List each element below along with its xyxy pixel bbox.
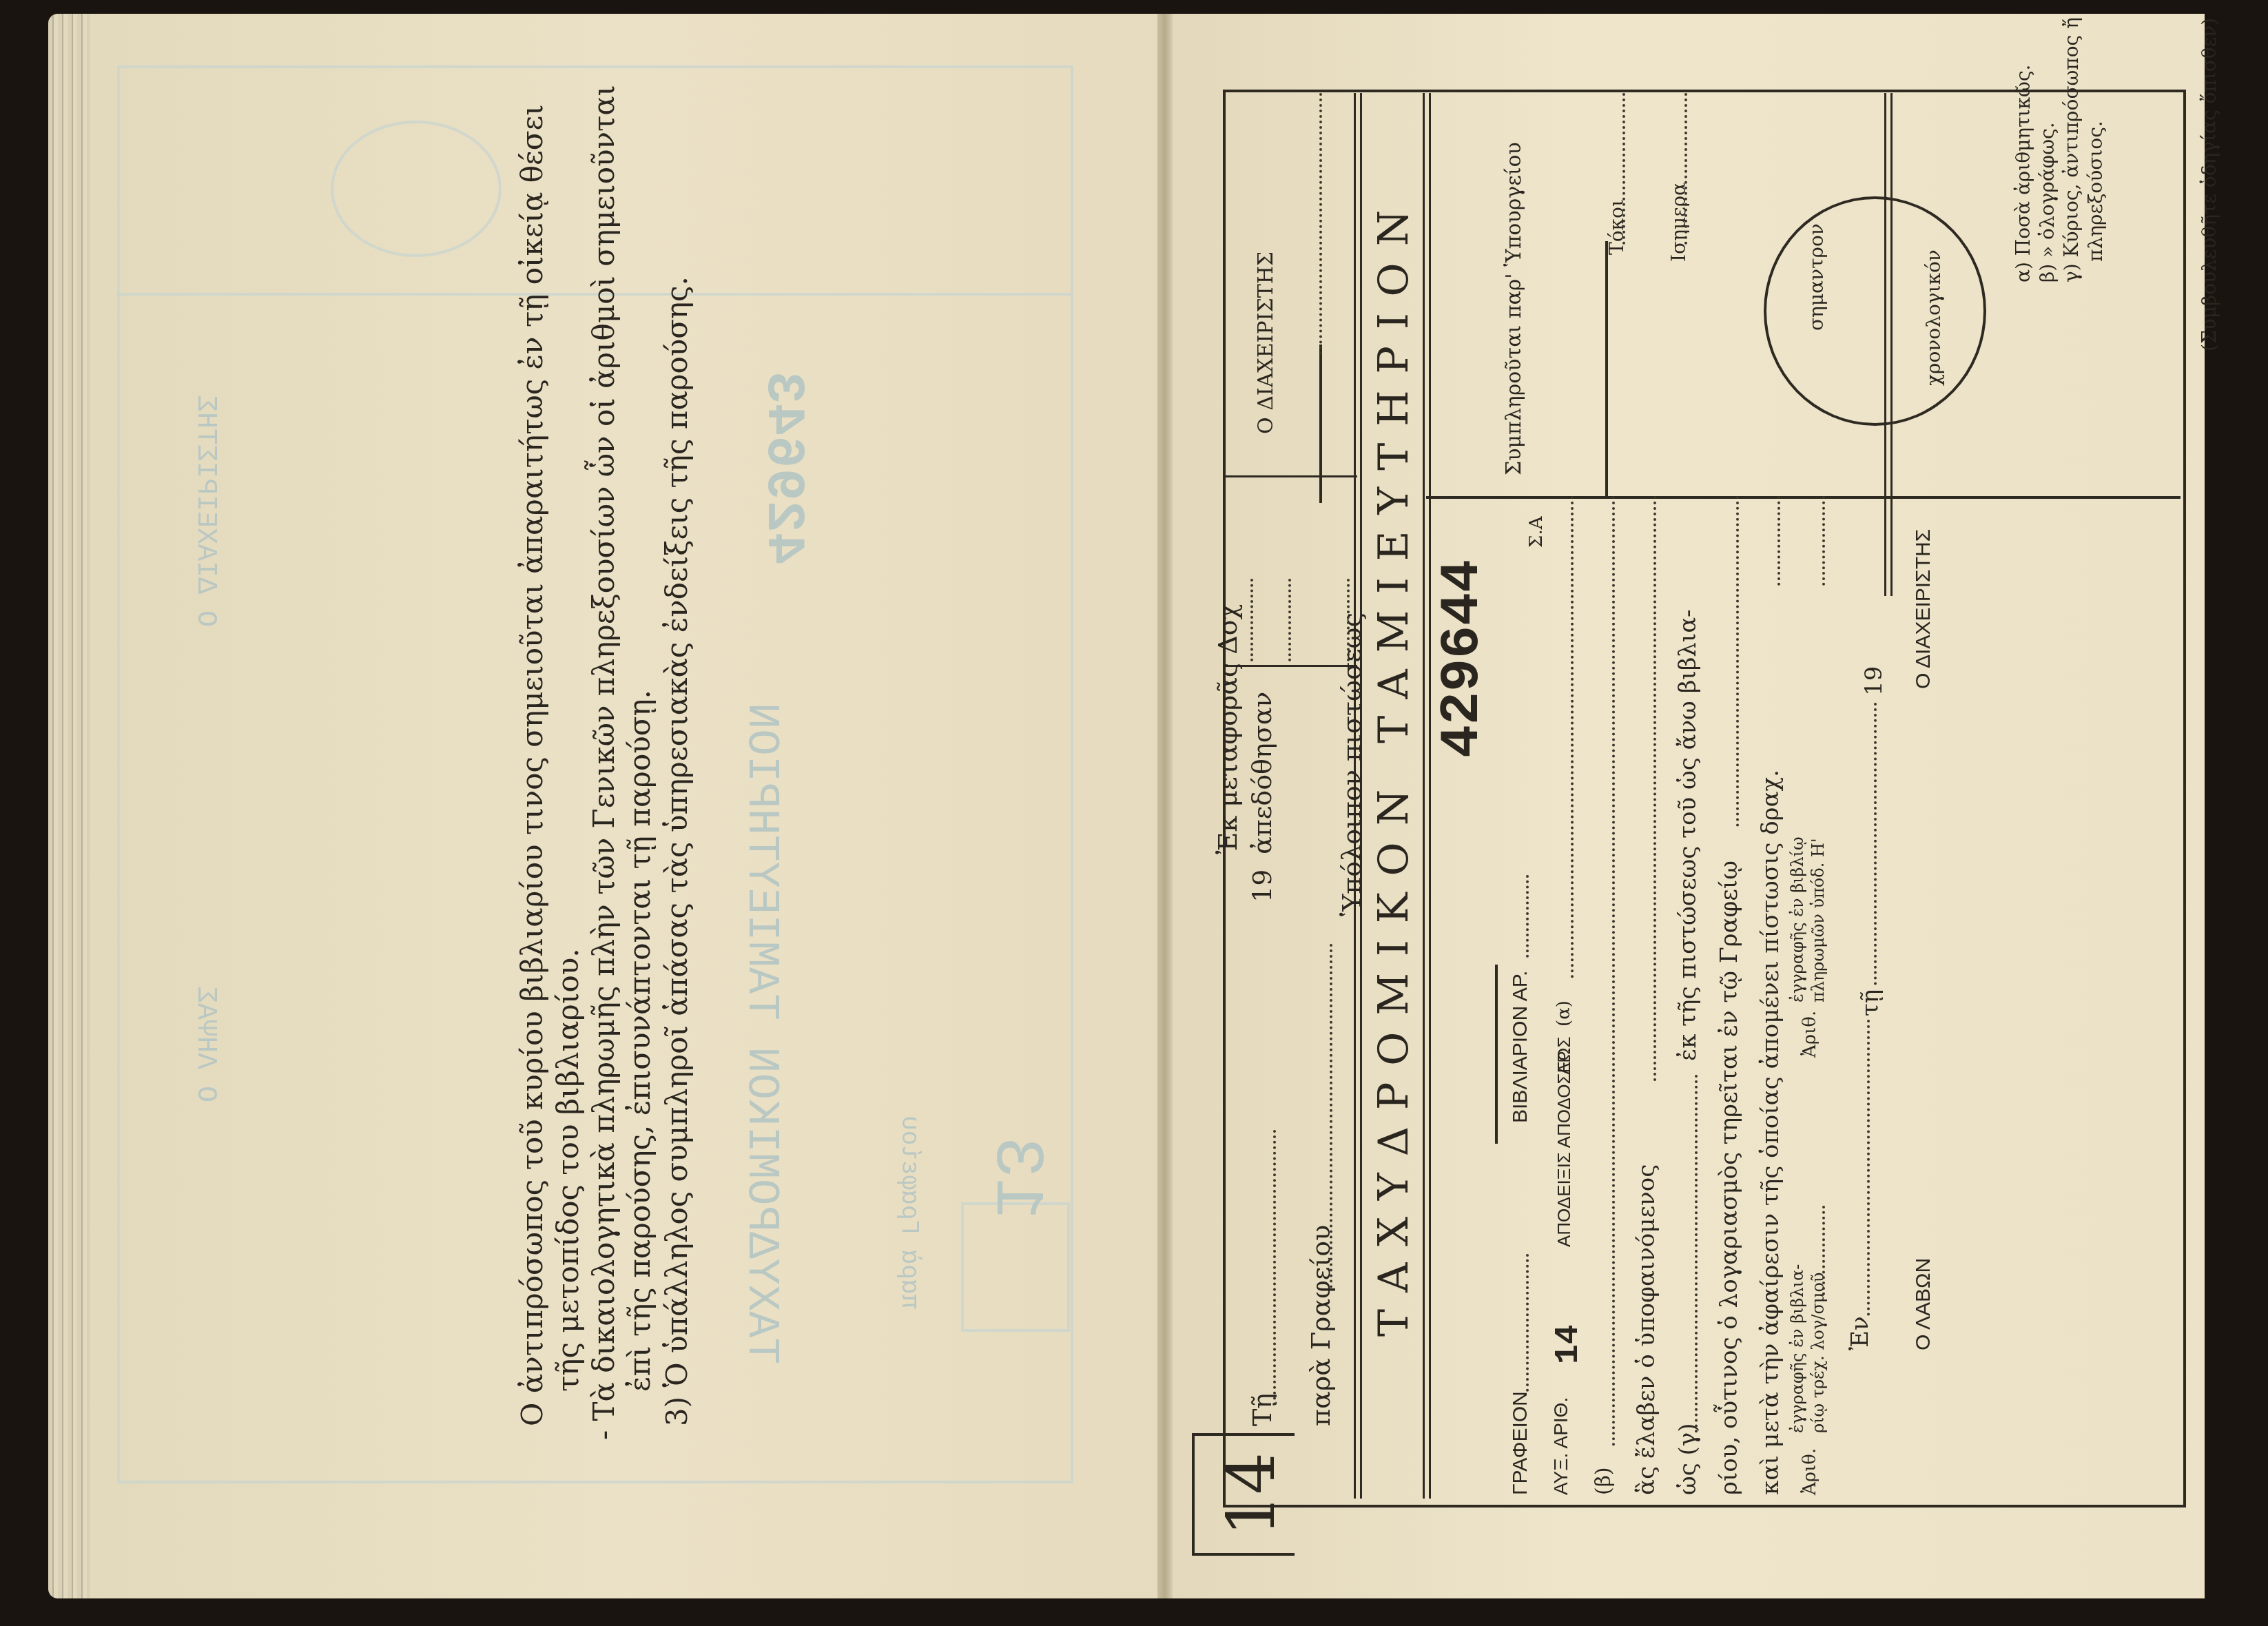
receiver-label: Ο ΛΑΒΩΝ	[1912, 1258, 1935, 1350]
instruction-a: α) Ποσὰ ἀριθμητικῶς.	[2012, 65, 2034, 283]
booklet-underline	[1495, 965, 1498, 1144]
stub-manager-label: Ο ΔΙΑΧΕΙΡΙΣΤΗΣ	[1254, 251, 1278, 434]
entry-right-line1: ἐγγραφῆς ἐν βιβλίῳ	[1788, 836, 1807, 1002]
stub-balance-label: Ὑπόλοιπον πιστώσεως	[1337, 613, 1367, 916]
stamp-text-top: σημαντρον	[1805, 223, 1828, 331]
note-line-5: 3) Ὁ ὑπάλληλος συμπληροῖ ἁπάσας τὰς ὑπηρ…	[660, 276, 694, 1426]
stub-number: 14	[1213, 1452, 1290, 1536]
instruction-d: πληρεξούσιος.	[2084, 121, 2107, 262]
bleed-number: 429643	[752, 371, 813, 565]
body-line-4: ρίου, οὗτινος ὁ λογαριασμὸς τηρεῖται ἐν …	[1715, 861, 1743, 1495]
remaining-credit-field[interactable]	[1777, 496, 1780, 586]
stub-date-field[interactable]	[1273, 1130, 1276, 1406]
book-gutter	[1157, 14, 1173, 1598]
drachmas-label: ΔΡ.	[1554, 1048, 1575, 1075]
body-line-3: ἐκ τῆς πιστώσεως τοῦ ὡς ἄνω βιβλια-	[1674, 609, 1702, 1061]
stub-amount-field-2[interactable]	[1288, 579, 1291, 661]
amount-numeric-field[interactable]	[1571, 496, 1574, 978]
instruction-b: β) » ὁλογράφως.	[2036, 122, 2059, 282]
date-field-2[interactable]	[1874, 703, 1877, 985]
receipt-no-value: 14	[1550, 1324, 1587, 1364]
place-label: Ἐν	[1846, 1316, 1874, 1350]
entry-left-prefix: Ἀριθ.	[1800, 1448, 1820, 1495]
note-line-3: - Τὰ δικαιολογητικὰ πληρωμῆς πλὴν τῶν Γε…	[587, 85, 621, 1440]
date-stamp-circle	[1764, 196, 1986, 426]
entry-right-prefix: Ἀριθ.	[1800, 1011, 1820, 1058]
office-underline	[1605, 241, 1608, 496]
booklet-field[interactable]	[1526, 875, 1529, 958]
stub-signature-field[interactable]	[1319, 93, 1322, 355]
stub-date-year: 19	[1247, 869, 1277, 903]
bleed-stub-number: 13	[976, 1137, 1054, 1219]
note-line-1: Ο ἀντιπρόσωπος τοῦ κυρίου βιβλιαρίου τιν…	[515, 104, 549, 1426]
body-line-2: ὡς (γ)	[1674, 1423, 1702, 1495]
capacity-field[interactable]	[1695, 1075, 1698, 1433]
note-line-4: ἐπὶ τῆς παρούσης, ἐπισυνάπτονται τῇ παρο…	[623, 690, 657, 1392]
office-field-label: ΓΡΑΦΕΙΟΝ	[1509, 1391, 1532, 1495]
booklet-label: ΒΙΒΛΙΑΡΙΟΝ ΑΡ.	[1509, 971, 1532, 1123]
note-line-2: τῆς μετοπίδος του βιβλιαρίου.	[551, 948, 585, 1392]
receipt-no-label: ΑΥΞ. ΑΡΙΘ.	[1550, 1397, 1572, 1495]
date-field[interactable]	[1684, 93, 1687, 245]
series-label: Σ.Α	[1526, 517, 1547, 548]
serial-number: 429644	[1432, 559, 1494, 758]
year-label: 19	[1860, 666, 1888, 696]
body-line-1: ἃς ἔλαβεν ὁ ὑποφαινόμενος	[1633, 1164, 1660, 1495]
place-field[interactable]	[1867, 1020, 1870, 1316]
upper-lower-divider	[1426, 496, 2181, 499]
recipient-field[interactable]	[1653, 496, 1656, 1082]
bleed-label-office: παρὰ Γραφείου	[895, 1115, 923, 1309]
bleed-stamp	[331, 121, 502, 257]
bleed-stub-box	[961, 1202, 1070, 1332]
entry-right-field[interactable]	[1822, 496, 1825, 586]
receipt-form	[1223, 90, 2186, 1507]
entry-right-line2: πληρωμῶν ὑπόδ. Η'	[1808, 838, 1828, 1002]
ministry-note: Συμπληροῦται παρ' Ὑπουργείου	[1502, 142, 1526, 475]
stub-header-divider	[1223, 475, 1357, 477]
stamp-text-bottom: χρονολογικόν	[1922, 249, 1945, 386]
field-b-label: (β)	[1591, 1467, 1616, 1495]
stub-office-field[interactable]	[1330, 944, 1332, 1288]
stub-amount-field-3[interactable]	[1347, 579, 1350, 661]
title-divider	[1423, 93, 1431, 1499]
bleed-title: ΤΑΧΥΔΡΟΜΙΚΟΝ ΤΑΜΙΕΥΤΗΡΙΟΝ	[736, 703, 785, 1364]
footer-note: (Συμβουλευθῆτε ὁδηγίας ὄπισθεν)	[2198, 18, 2220, 351]
bleed-label-receiver: Ο ΛΗΨΑΣ	[189, 987, 220, 1102]
entry-left-field[interactable]	[1822, 1206, 1825, 1295]
amount-words-field[interactable]	[1612, 496, 1615, 1447]
entry-left-line2: ρίῳ τρέχ. λογ/σμοῦ	[1808, 1273, 1828, 1433]
interest-field[interactable]	[1622, 93, 1625, 245]
bleed-label-manager: Ο ΔΙΑΧΕΙΡΙΣΤΗΣ	[189, 395, 220, 627]
stub-paid-label: ἀπεδόθησαν	[1247, 692, 1277, 854]
body-line-5: καὶ μετὰ τὴν ἀφαίρεσιν τῆς ὁποίας ἀπομέν…	[1757, 770, 1784, 1495]
field-a-label: (α)	[1554, 1000, 1574, 1027]
entry-left-line1: ἐγγραφῆς ἐν βιβλια-	[1788, 1264, 1807, 1433]
date-label-2: τῇ	[1857, 989, 1884, 1016]
office-account-field[interactable]	[1736, 496, 1739, 827]
form-title: ΤΑΧΥΔΡΟΜΙΚΟΝ ΤΑΜΙΕΥΤΗΡΙΟΝ	[1370, 194, 1418, 1337]
instruction-c: γ) Κύριος, ἀντιπρόσωπος ἤ	[2060, 17, 2083, 282]
stub-carry-label: Ἐκ μεταφορᾶς Δοχ	[1213, 604, 1243, 854]
manager-label: Ο ΔΙΑΧΕΙΡΙΣΤΗΣ	[1912, 529, 1935, 689]
office-field[interactable]	[1526, 1254, 1529, 1392]
stub-column-line	[1319, 344, 1322, 503]
stub-amount-field-1[interactable]	[1250, 579, 1253, 661]
